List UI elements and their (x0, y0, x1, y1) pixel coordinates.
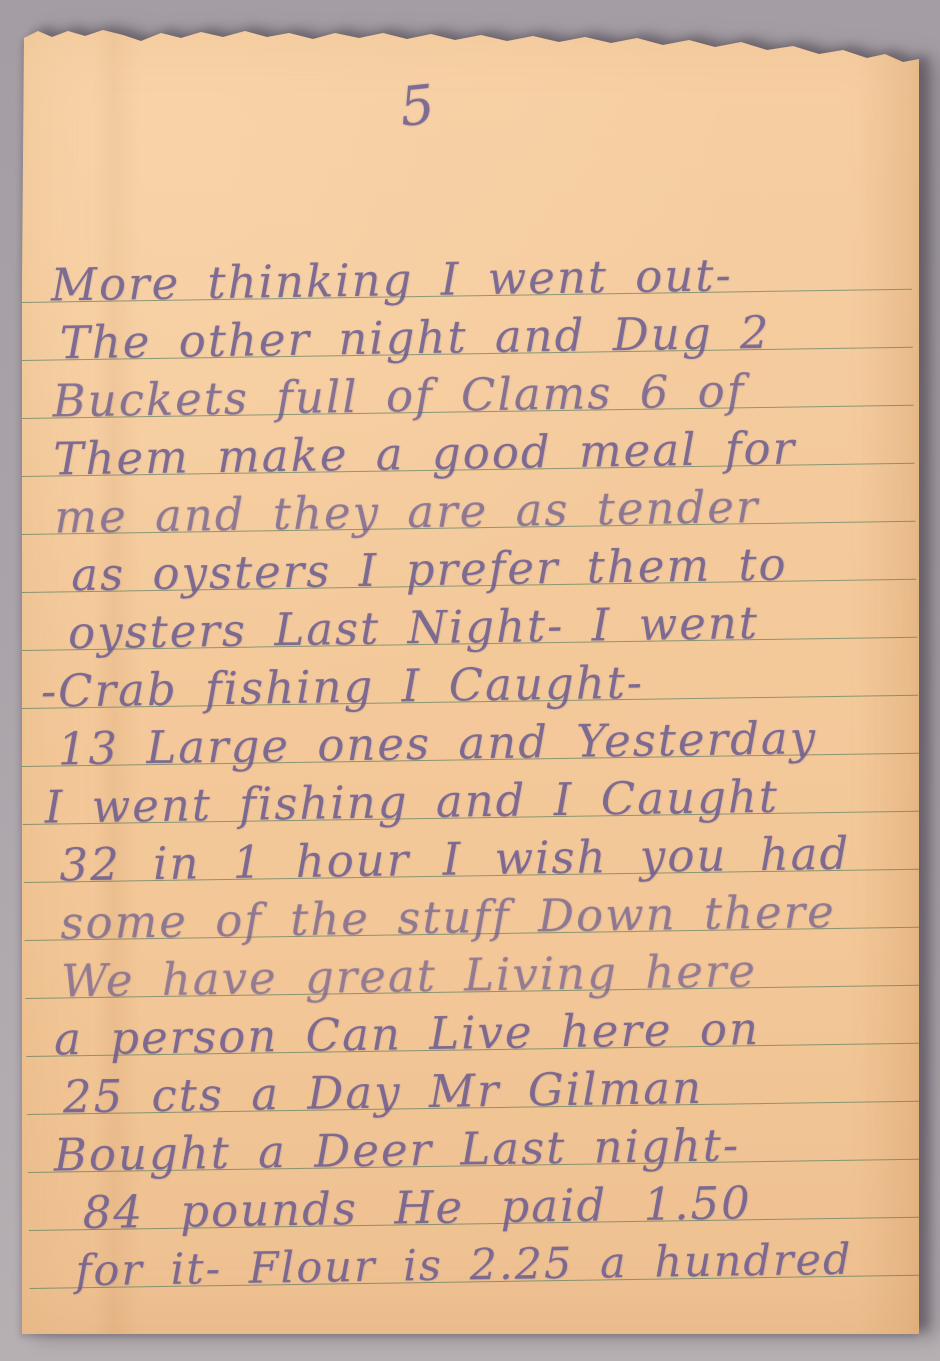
handwritten-line: 13 Large ones and Yesterday (21, 696, 919, 767)
handwritten-line: for it- Flour is 2.25 a hundred (29, 1218, 927, 1289)
letter-body: More thinking I went out-The other night… (14, 232, 926, 1289)
letter-page-wrapper: 5 More thinking I went out-The other nig… (22, 24, 919, 1334)
letter-page: 5 More thinking I went out-The other nig… (22, 24, 919, 1334)
handwritten-line: as oysters I prefer them to (19, 522, 917, 593)
handwritten-line: some of the stuff Down there (24, 870, 922, 941)
page-number: 5 (397, 72, 444, 139)
handwritten-line: Them make a good meal for (17, 406, 915, 477)
